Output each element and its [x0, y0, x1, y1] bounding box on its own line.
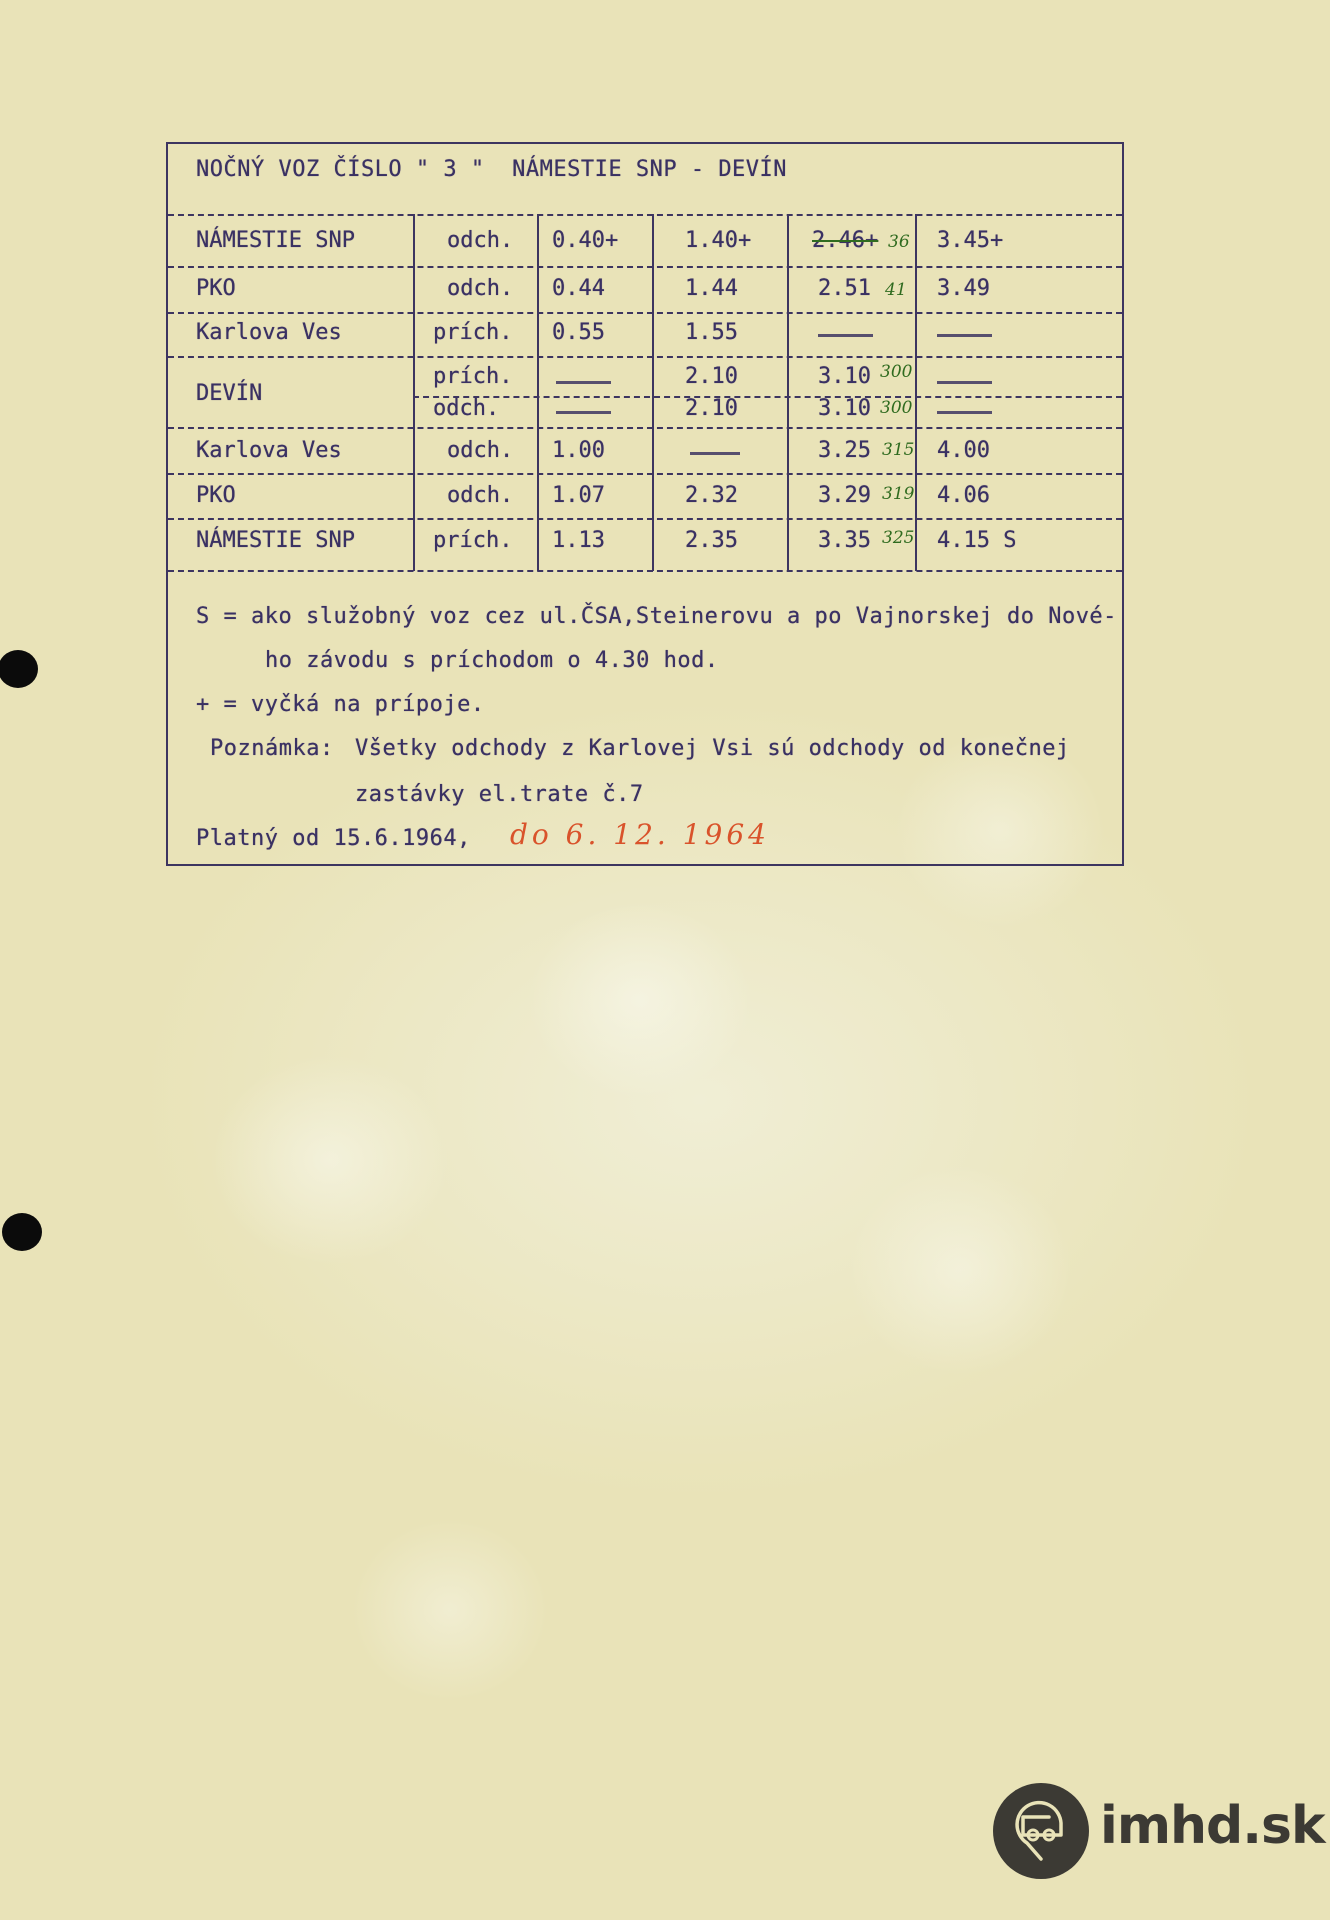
stop-type: odch. [447, 228, 513, 253]
time-cell: 2.10 [685, 364, 738, 389]
grid-line-devin-split [413, 396, 1122, 398]
stop-type: prích. [433, 364, 512, 389]
annotation-green: 300 [880, 362, 912, 382]
time-cell: 3.10 [818, 396, 871, 421]
stop-name: PKO [196, 483, 236, 508]
remark-line2: zastávky el.trate č.7 [355, 782, 644, 807]
time-cell: 3.35 [818, 528, 871, 553]
grid-line-row4 [168, 427, 1122, 429]
map-pin-tram-icon [993, 1783, 1089, 1879]
time-cell: 1.40+ [685, 228, 751, 253]
stop-type: odch. [447, 483, 513, 508]
no-service-dash [937, 411, 992, 414]
time-cell: 0.40+ [552, 228, 618, 253]
time-cell: 3.25 [818, 438, 871, 463]
annotation-green: 315 [882, 440, 914, 460]
grid-line-row3 [168, 356, 1122, 358]
time-cell: 2.51 [818, 276, 871, 301]
annotation-green: 325 [882, 528, 914, 548]
time-cell: 3.45+ [937, 228, 1003, 253]
page-title: NOČNÝ VOZ ČÍSLO " 3 " NÁMESTIE SNP - DEV… [196, 157, 787, 182]
grid-col-divider-2 [537, 214, 539, 571]
grid-line-row7 [168, 570, 1122, 572]
punch-hole-top [0, 650, 38, 688]
stop-type: odch. [433, 396, 499, 421]
note-s-line1: S = ako služobný voz cez ul.ČSA,Steinero… [196, 604, 1117, 629]
remark-line1: Všetky odchody z Karlovej Vsi sú odchody… [355, 736, 1070, 761]
remark-label: Poznámka: [210, 736, 334, 761]
stop-name: NÁMESTIE SNP [196, 528, 355, 553]
grid-line-row6 [168, 518, 1122, 520]
no-service-dash [556, 411, 611, 414]
time-cell: 3.29 [818, 483, 871, 508]
grid-col-divider-3 [652, 214, 654, 571]
note-s-line2: ho závodu s príchodom o 4.30 hod. [265, 648, 719, 673]
time-cell: 1.13 [552, 528, 605, 553]
stop-type: odch. [447, 276, 513, 301]
grid-col-divider-1 [413, 214, 415, 571]
punch-hole-bottom [2, 1213, 42, 1251]
time-cell: 1.00 [552, 438, 605, 463]
annotation-green: 319 [882, 484, 914, 504]
stop-type: prích. [433, 320, 512, 345]
time-cell: 3.49 [937, 276, 990, 301]
annotation-green: 300 [880, 398, 912, 418]
note-plus: + = vyčká na prípoje. [196, 692, 485, 717]
stop-name: Karlova Ves [196, 438, 342, 463]
time-cell: 1.55 [685, 320, 738, 345]
time-cell: 4.15 S [937, 528, 1016, 553]
time-cell: 2.35 [685, 528, 738, 553]
stop-type: odch. [447, 438, 513, 463]
grid-col-divider-4 [787, 214, 789, 571]
valid-from: Platný od 15.6.1964, [196, 826, 471, 851]
stop-name: PKO [196, 276, 236, 301]
grid-line-row5 [168, 473, 1122, 475]
no-service-dash [818, 334, 873, 337]
imhd-brand-text: imhd.sk [1100, 1796, 1325, 1856]
time-cell: 0.55 [552, 320, 605, 345]
valid-to-handwritten: do 6. 12. 1964 [510, 818, 770, 851]
grid-line-header [168, 214, 1122, 216]
time-cell: 2.10 [685, 396, 738, 421]
time-cell: 0.44 [552, 276, 605, 301]
time-cell: 1.44 [685, 276, 738, 301]
no-service-dash [937, 334, 992, 337]
grid-col-divider-5 [915, 214, 917, 571]
time-cell: 4.06 [937, 483, 990, 508]
annotation-green: 41 [885, 280, 907, 300]
time-cell: 2.32 [685, 483, 738, 508]
annotation-green: 36 [888, 232, 910, 252]
no-service-dash [937, 381, 992, 384]
stop-type: prích. [433, 528, 512, 553]
grid-line-row1 [168, 266, 1122, 268]
stop-name: Karlova Ves [196, 320, 342, 345]
time-cell: 1.07 [552, 483, 605, 508]
time-cell-struck: 2.46+ [812, 228, 878, 253]
imhd-logo-icon [993, 1783, 1089, 1879]
no-service-dash [690, 452, 740, 455]
time-cell: 4.00 [937, 438, 990, 463]
grid-line-row2 [168, 312, 1122, 314]
time-cell: 3.10 [818, 364, 871, 389]
stop-name: NÁMESTIE SNP [196, 228, 355, 253]
no-service-dash [556, 381, 611, 384]
stop-name: DEVÍN [196, 381, 262, 406]
